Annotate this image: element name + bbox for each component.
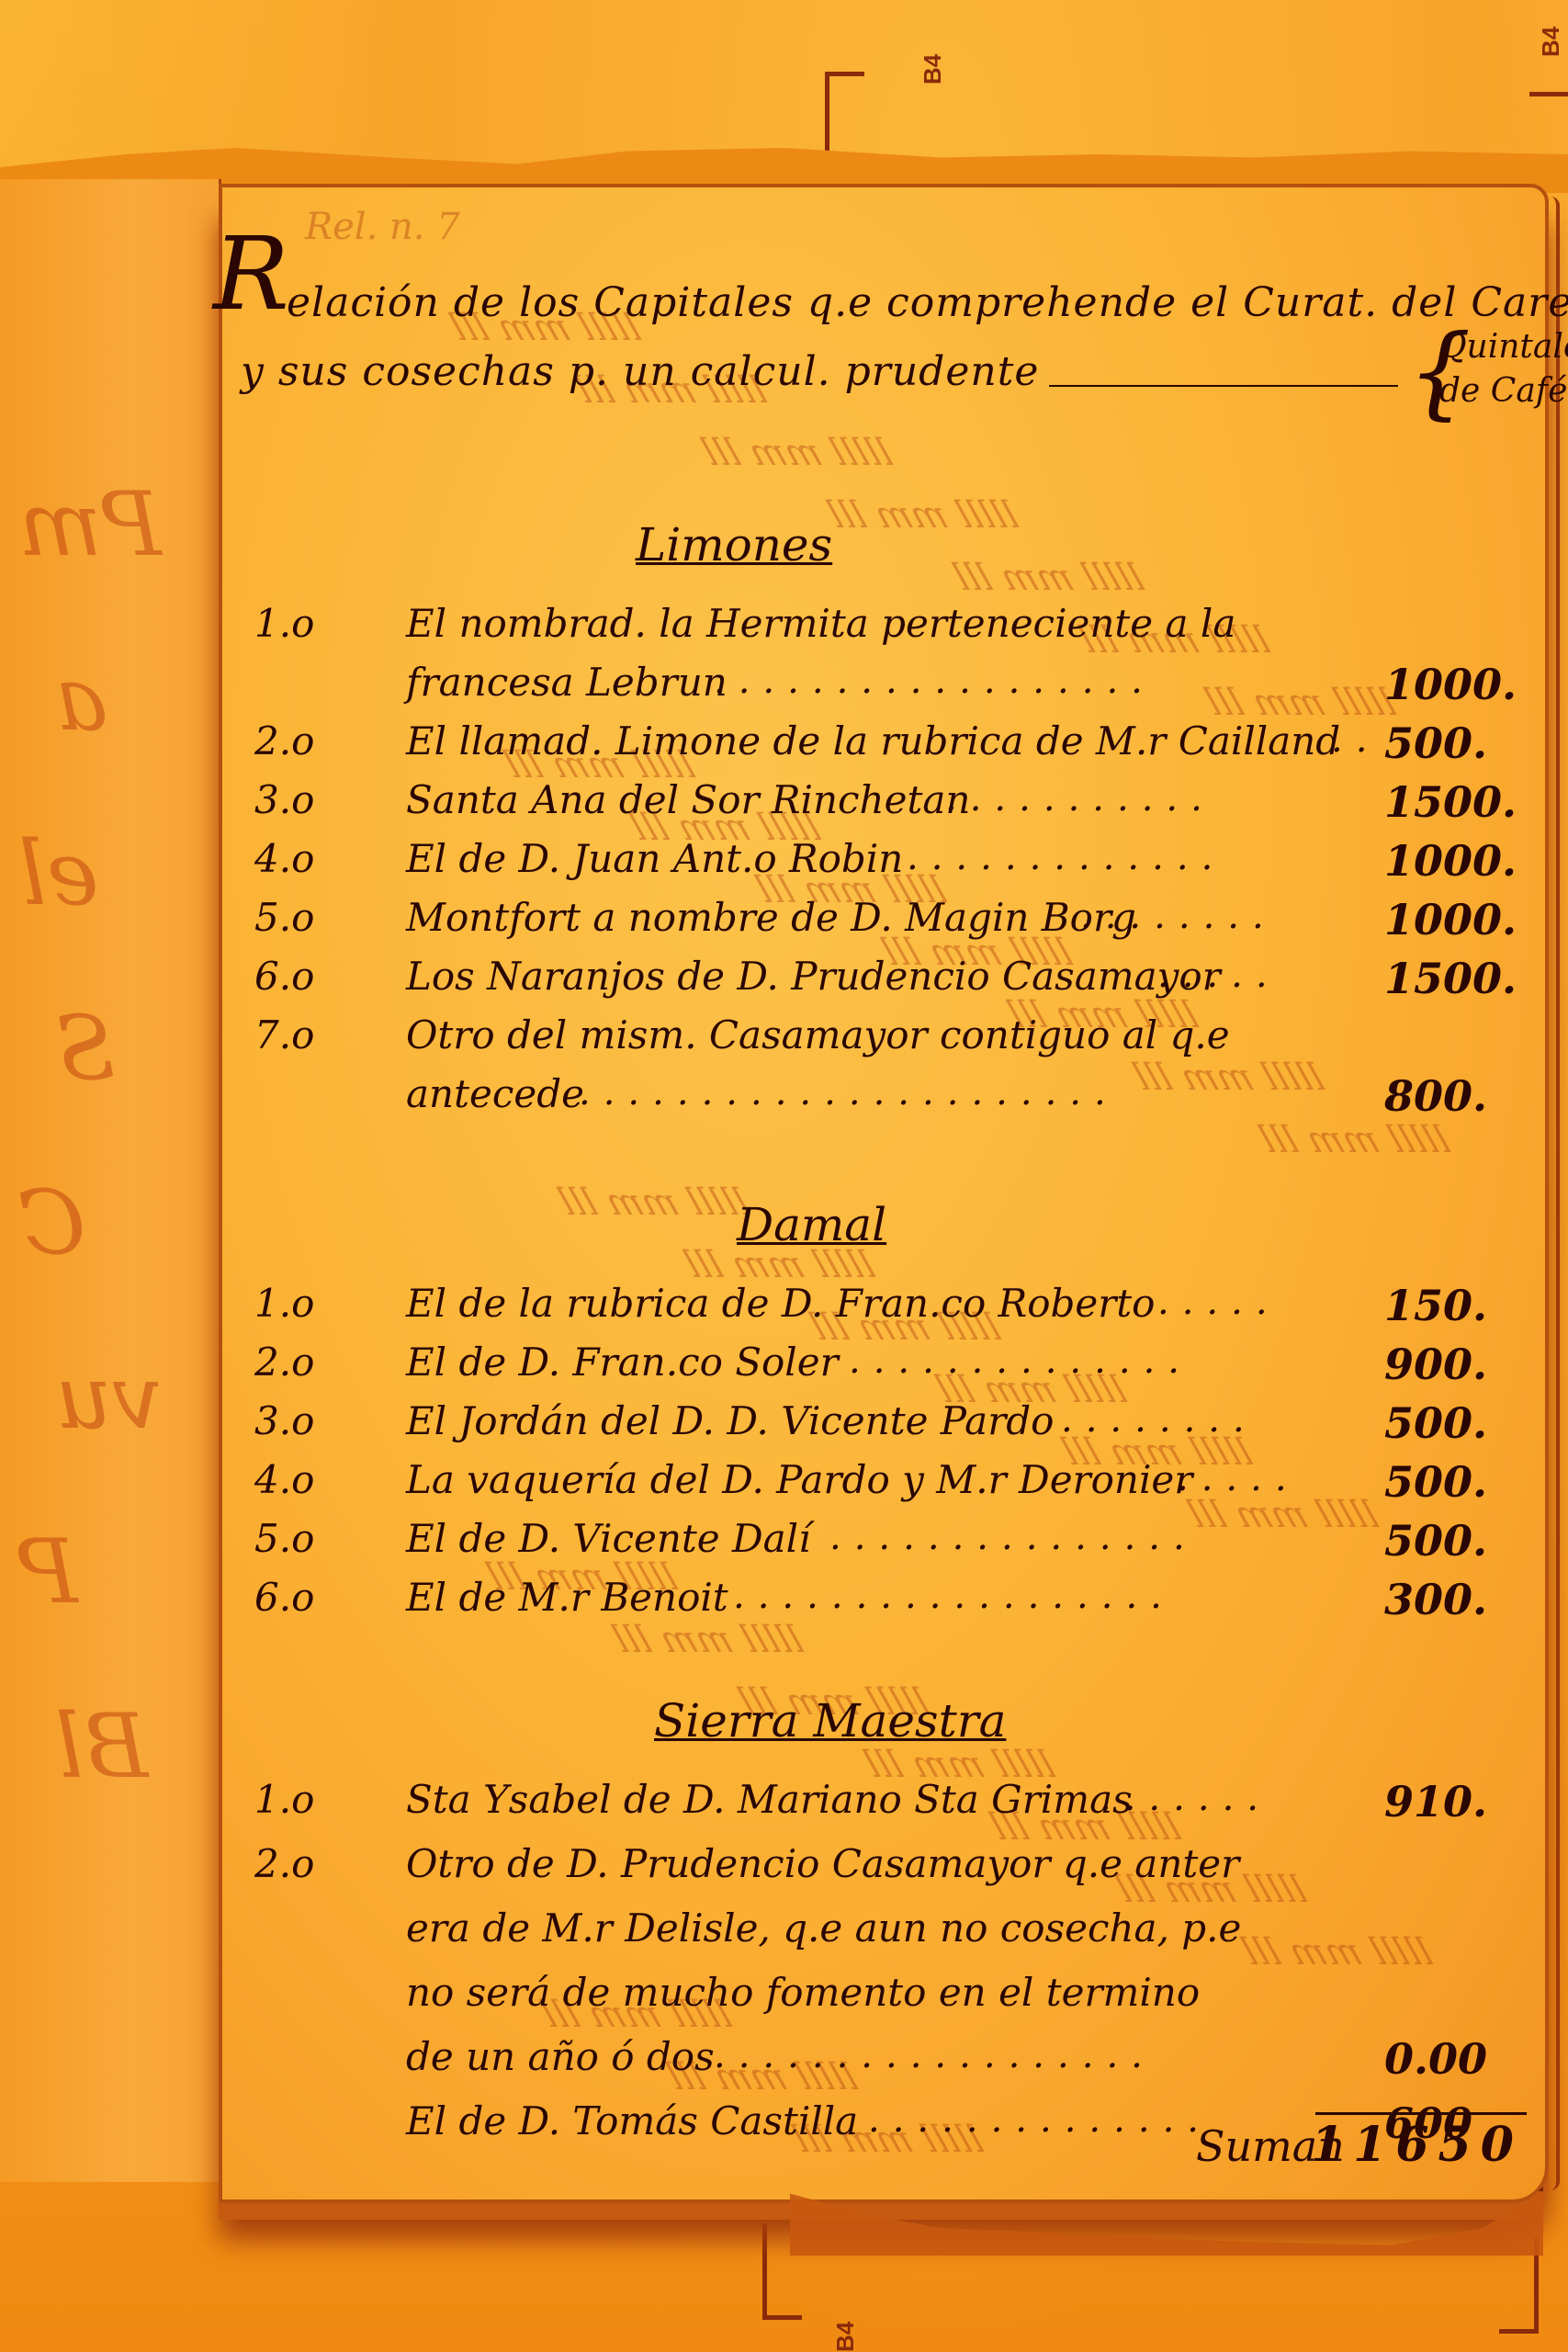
row-amount: 500. — [1384, 1516, 1487, 1566]
unit-note: Quintales de Café — [1439, 325, 1568, 413]
row-ordinal: 2.o — [254, 1340, 314, 1385]
ledger-row: 3.oSanta Ana del Sor Rinchetan..........… — [222, 777, 1527, 832]
ledger-row: 5.oMontfort a nombre de D. Magin Borg...… — [222, 895, 1527, 950]
total-rule — [1315, 2112, 1527, 2115]
ledger-row: no será de mucho fomento en el termino — [222, 1970, 1527, 2025]
ledger-row: era de M.r Delisle, q.e aun no cosecha, … — [222, 1905, 1527, 1961]
leader-dots: .. — [1331, 718, 1380, 761]
unit-note-line-2: de Café — [1439, 369, 1568, 413]
row-amount: 150. — [1384, 1281, 1487, 1330]
bleed-through-stroke: lllll mm lll — [553, 1182, 755, 1224]
row-description: Los Naranjos de D. Prudencio Casamayor — [406, 954, 1221, 999]
ledger-row: 1.oSta Ysabel de D. Mariano Sta Grimas..… — [222, 1777, 1527, 1832]
row-ordinal: 5.o — [254, 1516, 314, 1561]
ledger-row: 6.oLos Naranjos de D. Prudencio Casamayo… — [222, 954, 1527, 1009]
row-ordinal: 4.o — [254, 836, 314, 881]
leader-dots: ........ — [1061, 1398, 1258, 1441]
leader-dots: ........ — [1080, 895, 1277, 937]
row-description: Otro del mism. Casamayor contiguo al q.e — [406, 1012, 1230, 1057]
left-page-bleed-text: Bl — [55, 1695, 148, 1798]
row-ordinal: 6.o — [254, 954, 314, 999]
leader-dots: ............... — [829, 1516, 1198, 1558]
row-amount: 900. — [1384, 1340, 1487, 1389]
row-description: El de D. Fran.co Soler — [406, 1340, 839, 1385]
ledger-row: 2.oEl llamad. Limone de la rubrica de M.… — [222, 718, 1527, 774]
left-page-bleed-text: P — [18, 1521, 78, 1623]
leader-dots: ...................... — [579, 1071, 1119, 1114]
row-amount: 1000. — [1384, 660, 1517, 709]
row-ordinal: 6.o — [254, 1575, 314, 1620]
crop-label-top-right: B4 — [1537, 27, 1565, 57]
left-page-bleed-text: a — [55, 648, 107, 751]
row-amount: 1000. — [1384, 836, 1517, 886]
row-ordinal: 2.o — [254, 718, 314, 763]
ledger-row: 3.oEl Jordán del D. D. Vicente Pardo....… — [222, 1398, 1527, 1453]
row-amount: 1000. — [1384, 895, 1517, 944]
row-description: El de D. Vicente Dalí — [406, 1516, 811, 1561]
left-page-bleed-text: Pm — [18, 473, 162, 576]
ledger-row: francesa Lebrun..................1000. — [222, 660, 1527, 715]
ledger-row: 4.oEl de D. Juan Ant.o Robin............… — [222, 836, 1527, 891]
ledger-row: 2.oOtro de D. Prudencio Casamayor q.e an… — [222, 1841, 1527, 1896]
row-amount: 1500. — [1384, 777, 1517, 827]
row-description: El de M.r Benoit — [406, 1575, 728, 1620]
row-description: no será de mucho fomento en el termino — [406, 1970, 1200, 2015]
ledger-row: de un año ó dos..................0.00 — [222, 2034, 1527, 2089]
row-description: de un año ó dos — [406, 2034, 715, 2079]
row-description: La vaquería del D. Pardo y M.r Deronier — [406, 1457, 1192, 1502]
row-description: Santa Ana del Sor Rinchetan — [406, 777, 970, 822]
row-amount: 500. — [1384, 1457, 1487, 1507]
row-amount: 300. — [1384, 1575, 1487, 1624]
left-page-fragment: PmaelSCvuPBl — [0, 179, 221, 2182]
leader-dots: .............. — [849, 1340, 1192, 1382]
row-description: Otro de D. Prudencio Casamayor q.e anter — [406, 1841, 1239, 1886]
row-amount: 910. — [1384, 1777, 1487, 1826]
leader-dots: ........... — [945, 777, 1215, 820]
row-description: francesa Lebrun — [406, 660, 728, 705]
row-description: Sta Ysabel de D. Mariano Sta Grimas — [406, 1777, 1133, 1822]
row-ordinal: 1.o — [254, 1281, 314, 1326]
row-amount: 500. — [1384, 1398, 1487, 1448]
unit-note-line-1: Quintales — [1439, 325, 1568, 369]
bleed-through-stroke: lllll mm lll — [822, 494, 1024, 537]
row-description: El de D. Tomás Castilla — [406, 2098, 858, 2143]
leader-dots: ..... — [1177, 1457, 1300, 1499]
crop-label-top: B4 — [919, 54, 947, 85]
row-amount: 800. — [1384, 1071, 1487, 1121]
crop-mark-top-right — [1529, 92, 1568, 96]
page-edge — [1543, 197, 1560, 2190]
row-description: antecede — [406, 1071, 584, 1116]
row-description: El de la rubrica de D. Fran.co Roberto — [406, 1281, 1155, 1326]
ledger-row: antecede......................800. — [222, 1071, 1527, 1126]
leader-dots: ....... — [1100, 1777, 1271, 1819]
bleed-through-stroke: lllll mm lll — [696, 432, 898, 474]
section-title: Limones — [636, 518, 832, 571]
crop-label-bottom: B4 — [831, 2322, 860, 2352]
leader-dots: ..... — [1157, 1281, 1280, 1323]
title-line-1: elación de los Capitales q.e comprehende… — [287, 279, 1568, 326]
folio-mark: Rel. n. 7 — [305, 206, 460, 248]
left-page-bleed-text: vu — [55, 1346, 162, 1449]
leader-dots: ............. — [907, 836, 1225, 878]
row-amount: 0.00 — [1384, 2034, 1487, 2084]
title-line-2: y sus cosechas p. un calcul. prudente — [241, 348, 1039, 395]
row-ordinal: 4.o — [254, 1457, 314, 1502]
bleed-through-stroke: lllll mm lll — [948, 557, 1150, 599]
row-ordinal: 3.o — [254, 1398, 314, 1443]
ledger-row: 2.oEl de D. Fran.co Soler..............9… — [222, 1340, 1527, 1395]
row-amount: 1500. — [1384, 954, 1517, 1003]
manuscript-page: lllll mm llllllll mm llllllll mm lllllll… — [219, 184, 1549, 2203]
ledger-row: 1.oEl de la rubrica de D. Fran.co Robert… — [222, 1281, 1527, 1336]
row-description: El de D. Juan Ant.o Robin — [406, 836, 903, 881]
row-ordinal: 3.o — [254, 777, 314, 822]
row-ordinal: 7.o — [254, 1012, 314, 1057]
section-title: Sierra Maestra — [654, 1694, 1006, 1747]
title-rule — [1049, 385, 1398, 387]
leader-dots: ..... — [1157, 954, 1280, 996]
left-page-bleed-text: S — [55, 997, 116, 1100]
row-ordinal: 5.o — [254, 895, 314, 940]
total-value: 11650 — [1311, 2117, 1523, 2173]
ledger-row: 5.oEl de D. Vicente Dalí...............5… — [222, 1516, 1527, 1571]
row-ordinal: 2.o — [254, 1841, 314, 1886]
row-description: El Jordán del D. D. Vicente Pardo — [406, 1398, 1054, 1443]
ledger-row: 7.oOtro del mism. Casamayor contiguo al … — [222, 1012, 1527, 1068]
row-ordinal: 1.o — [254, 1777, 314, 1822]
row-amount: 500. — [1384, 718, 1487, 768]
leader-dots: .................. — [714, 2034, 1156, 2076]
ledger-row: 6.oEl de M.r Benoit..................300… — [222, 1575, 1527, 1630]
leader-dots: .............. — [868, 2098, 1212, 2141]
ledger-row: 1.oEl nombrad. la Hermita perteneciente … — [222, 601, 1527, 656]
left-page-bleed-text: el — [18, 822, 99, 925]
row-description: Montfort a nombre de D. Magin Borg — [406, 895, 1136, 940]
row-description: era de M.r Delisle, q.e aun no cosecha, … — [406, 1905, 1241, 1951]
row-ordinal: 1.o — [254, 601, 314, 646]
leader-dots: .................. — [714, 660, 1156, 702]
row-description: El llamad. Limone de la rubrica de M.r C… — [406, 718, 1340, 763]
row-description: El nombrad. la Hermita perteneciente a l… — [406, 601, 1235, 646]
leader-dots: .................. — [733, 1575, 1175, 1617]
left-page-bleed-text: C — [18, 1171, 85, 1274]
section-title: Damal — [737, 1198, 886, 1251]
title-initial: R — [213, 215, 289, 333]
ledger-row: 4.oLa vaquería del D. Pardo y M.r Deroni… — [222, 1457, 1527, 1512]
